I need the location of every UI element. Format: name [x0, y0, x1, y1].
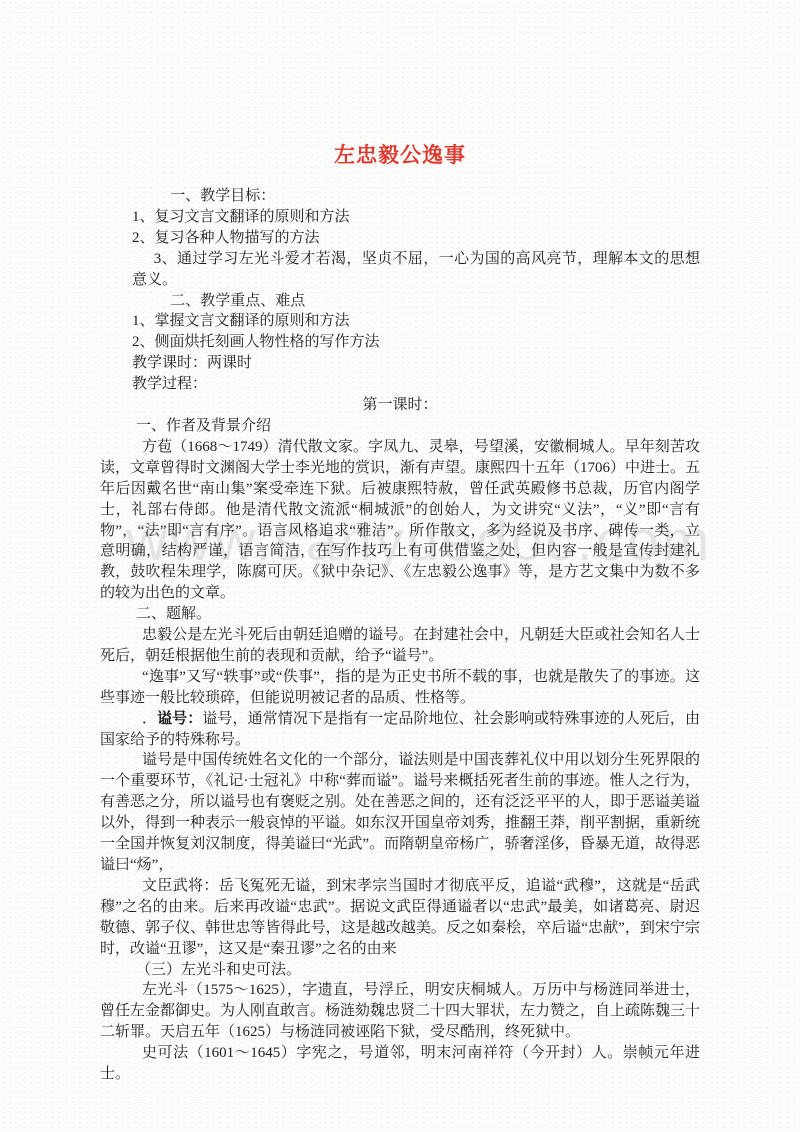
document-page: { "document": { "title": "左忠毅公逸事", "wate… [0, 0, 800, 1132]
author-paragraph: 方苞（1668～1749）清代散文家。字凤九、灵皋，号望溪，安徽桐城人。早年刻苦… [100, 437, 700, 604]
shihao-prefix: ． [142, 711, 157, 727]
goals-heading-line: 一、教学目标： [132, 186, 700, 207]
topic-section-heading: 二、题解。 [100, 604, 700, 625]
page-title: 左忠毅公逸事 [100, 140, 700, 170]
body-paragraph: 忠毅公是左光斗死后由朝廷追赠的谥号。在封建社会中，凡朝廷大臣或社会知名人士死后，… [100, 625, 700, 667]
body-paragraph: “逸事”又写“轶事”或“佚事”，指的是为正史书所不载的事，也就是散失了的事迹。这… [100, 667, 700, 709]
focus-heading-line: 二、教学重点、难点 [132, 291, 700, 312]
focus-item-line: 1、掌握文言文翻译的原则和方法 [132, 311, 700, 332]
body-paragraph: 左光斗（1575～1625），字遗直，号浮丘，明安庆桐城人。万历中与杨涟同举进士… [100, 980, 700, 1043]
body-paragraph: 谥号是中国传统姓名文化的一个部分，谥法则是中国丧葬礼仪中用以划分生死界限的一个重… [100, 750, 700, 875]
goal-item-line: 3、通过学习左光斗爱才若渴，坚贞不屈，一心为国的高风亮节，理解本文的思想意义。 [132, 249, 700, 291]
page-content: 左忠毅公逸事 一、教学目标： 1、复习文言文翻译的原则和方法 2、复习各种人物描… [0, 0, 800, 1132]
body-paragraph: 史可法（1601～1645）字宪之，号道邻，明末河南祥符（今开封）人。崇帧元年进… [100, 1043, 700, 1085]
persons-section-heading: （三）左光斗和史可法。 [100, 960, 700, 981]
goal-item-line: 1、复习文言文翻译的原则和方法 [132, 207, 700, 228]
session-title-line: 第一课时： [100, 395, 700, 416]
shihao-term: 谥号： [157, 711, 202, 727]
goal-item-line: 2、复习各种人物描写的方法 [132, 228, 700, 249]
process-label-line: 教学过程： [132, 374, 700, 395]
author-section-heading: 一、作者及背景介绍 [100, 416, 700, 437]
shihao-paragraph: ．谥号：谥号，通常情况下是指有一定品阶地位、社会影响或特殊事迹的人死后，由国家给… [100, 709, 700, 751]
body-paragraph: 文臣武将：岳飞冤死无谥，到宋孝宗当国时才彻底平反，追谥“武穆”，这就是“岳武穆”… [100, 876, 700, 960]
class-hours-line: 教学课时：两课时 [132, 353, 700, 374]
focus-item-line: 2、侧面烘托刻画人物性格的写作方法 [132, 332, 700, 353]
